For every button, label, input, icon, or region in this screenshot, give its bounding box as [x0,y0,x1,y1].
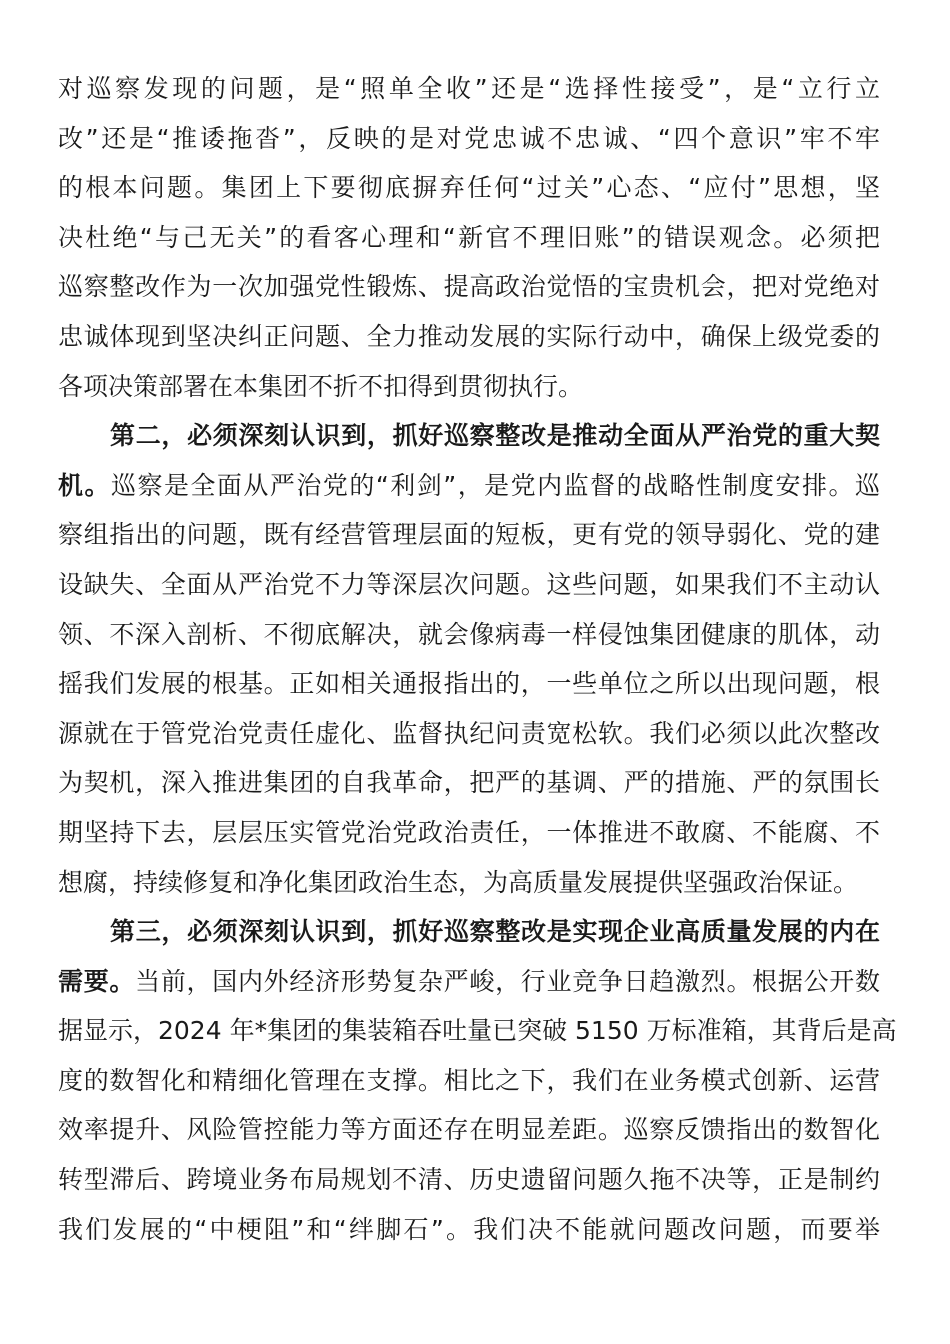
text-line: 期坚持下去，层层压实管党治党政治责任，一体推进不敢腐、不能腐、不 [58,808,880,858]
text-line: 效率提升、风险管控能力等方面还存在明显差距。巡察反馈指出的数智化 [58,1105,880,1155]
text-line: 设缺失、全面从严治党不力等深层次问题。这些问题，如果我们不主动认 [58,560,880,610]
document-page: 对巡察发现的问题，是“照单全收”还是“选择性接受”，是“立行立 改”还是“推诿拖… [58,64,880,1254]
text-line: 忠诚体现到坚决纠正问题、全力推动发展的实际行动中，确保上级党委的 [58,312,880,362]
text-line: 机。巡察是全面从严治党的“利剑”，是党内监督的战略性制度安排。巡 [58,461,880,511]
text-line: 为契机，深入推进集团的自我革命，把严的基调、严的措施、严的氛围长 [58,758,880,808]
text-line: 巡察整改作为一次加强党性锻炼、提高政治觉悟的宝贵机会，把对党绝对 [58,262,880,312]
text-line: 据显示，2024 年*集团的集装箱吞吐量已突破 5150 万标准箱，其背后是高 [58,1006,880,1056]
text-run: 当前，国内外经济形势复杂严峻，行业竞争日趋激烈。根据公开数 [135,967,880,996]
text-line: 摇我们发展的根基。正如相关通报指出的，一些单位之所以出现问题，根 [58,659,880,709]
text-line: 度的数智化和精细化管理在支撑。相比之下，我们在业务模式创新、运营 [58,1056,880,1106]
text-line: 的根本问题。集团上下要彻底摒弃任何“过关”心态、“应付”思想，坚 [58,163,880,213]
text-run: 巡察是全面从严治党的“利剑”，是党内监督的战略性制度安排。巡 [111,471,880,500]
text-line: 需要。当前，国内外经济形势复杂严峻，行业竞争日趋激烈。根据公开数 [58,957,880,1007]
text-line: 转型滞后、跨境业务布局规划不清、历史遗留问题久拖不决等，正是制约 [58,1155,880,1205]
text-line: 想腐，持续修复和净化集团政治生态，为高质量发展提供坚强政治保证。 [58,858,880,908]
text-line: 领、不深入剖析、不彻底解决，就会像病毒一样侵蚀集团健康的肌体，动 [58,610,880,660]
paragraph-3: 第三，必须深刻认识到，抓好巡察整改是实现企业高质量发展的内在 需要。当前，国内外… [58,907,880,1254]
text-line: 改”还是“推诿拖沓”，反映的是对党忠诚不忠诚、“四个意识”牢不牢 [58,114,880,164]
text-line: 源就在于管党治党责任虚化、监督执纪问责宽松软。我们必须以此次整改 [58,709,880,759]
section-heading: 第三，必须深刻认识到，抓好巡察整改是实现企业高质量发展的内在 [58,907,880,957]
text-line: 决杜绝“与己无关”的看客心理和“新官不理旧账”的错误观念。必须把 [58,213,880,263]
text-line: 我们发展的“中梗阻”和“绊脚石”。我们决不能就问题改问题，而要举 [58,1205,880,1255]
section-heading: 第二，必须深刻认识到，抓好巡察整改是推动全面从严治党的重大契 [58,411,880,461]
text-line: 对巡察发现的问题，是“照单全收”还是“选择性接受”，是“立行立 [58,64,880,114]
paragraph-1: 对巡察发现的问题，是“照单全收”还是“选择性接受”，是“立行立 改”还是“推诿拖… [58,64,880,411]
section-heading-tail: 需要。 [58,967,135,996]
section-heading-tail: 机。 [58,471,111,500]
text-line: 各项决策部署在本集团不折不扣得到贯彻执行。 [58,362,880,412]
text-line: 察组指出的问题，既有经营管理层面的短板，更有党的领导弱化、党的建 [58,510,880,560]
paragraph-2: 第二，必须深刻认识到，抓好巡察整改是推动全面从严治党的重大契 机。巡察是全面从严… [58,411,880,907]
